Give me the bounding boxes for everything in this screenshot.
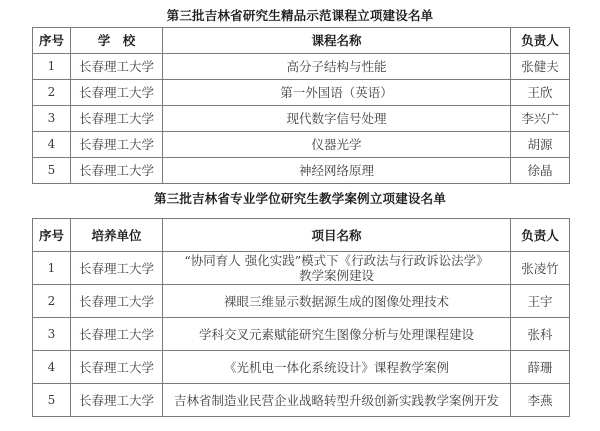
course-list-table: 序号 学 校 课程名称 负责人 1 长春理工大学 高分子结构与性能 张健夫 2 … <box>32 27 570 184</box>
row-index: 4 <box>33 351 71 384</box>
header-person: 负责人 <box>511 219 570 252</box>
row-person: 徐晶 <box>511 158 570 184</box>
row-person: 张凌竹 <box>511 252 570 285</box>
row-unit: 长春理工大学 <box>71 285 163 318</box>
row-person: 王宇 <box>511 285 570 318</box>
row-person: 李兴广 <box>511 106 570 132</box>
header-index: 序号 <box>33 28 71 54</box>
row-unit: 长春理工大学 <box>71 252 163 285</box>
header-person: 负责人 <box>511 28 570 54</box>
table-row: 4 长春理工大学 仪器光学 胡源 <box>33 132 570 158</box>
table-header-row: 序号 学 校 课程名称 负责人 <box>33 28 570 54</box>
row-index: 1 <box>33 252 71 285</box>
row-index: 3 <box>33 106 71 132</box>
row-course-name: 现代数字信号处理 <box>163 106 511 132</box>
row-index: 1 <box>33 54 71 80</box>
table2-title: 第三批吉林省专业学位研究生教学案例立项建设名单 <box>0 189 600 207</box>
table-header-row: 序号 培养单位 项目名称 负责人 <box>33 219 570 252</box>
row-index: 5 <box>33 158 71 184</box>
row-index: 5 <box>33 384 71 417</box>
project-name-line2: 教学案例建设 <box>167 268 506 283</box>
row-project-name: 学科交叉元素赋能研究生图像分析与处理课程建设 <box>163 318 511 351</box>
row-person: 胡源 <box>511 132 570 158</box>
row-course-name: 第一外国语（英语） <box>163 80 511 106</box>
project-name-line1: “协同育人 强化实践”模式下《行政法与行政诉讼法学》 <box>167 253 506 268</box>
row-person: 薛珊 <box>511 351 570 384</box>
row-unit: 长春理工大学 <box>71 384 163 417</box>
table-row: 2 长春理工大学 第一外国语（英语） 王欣 <box>33 80 570 106</box>
header-index: 序号 <box>33 219 71 252</box>
row-person: 张科 <box>511 318 570 351</box>
row-person: 张健夫 <box>511 54 570 80</box>
row-school: 长春理工大学 <box>71 80 163 106</box>
row-index: 3 <box>33 318 71 351</box>
row-project-name: 《光机电一体化系统设计》课程教学案例 <box>163 351 511 384</box>
row-course-name: 高分子结构与性能 <box>163 54 511 80</box>
row-person: 李燕 <box>511 384 570 417</box>
row-school: 长春理工大学 <box>71 132 163 158</box>
table-row: 4 长春理工大学 《光机电一体化系统设计》课程教学案例 薛珊 <box>33 351 570 384</box>
table-row: 3 长春理工大学 现代数字信号处理 李兴广 <box>33 106 570 132</box>
table-row: 2 长春理工大学 裸眼三维显示数据源生成的图像处理技术 王宇 <box>33 285 570 318</box>
row-person: 王欣 <box>511 80 570 106</box>
table-row: 5 长春理工大学 吉林省制造业民营企业战略转型升级创新实践教学案例开发 李燕 <box>33 384 570 417</box>
header-course-name: 课程名称 <box>163 28 511 54</box>
table-row: 3 长春理工大学 学科交叉元素赋能研究生图像分析与处理课程建设 张科 <box>33 318 570 351</box>
row-school: 长春理工大学 <box>71 158 163 184</box>
row-school: 长春理工大学 <box>71 54 163 80</box>
row-course-name: 仪器光学 <box>163 132 511 158</box>
row-unit: 长春理工大学 <box>71 318 163 351</box>
header-school: 学 校 <box>71 28 163 54</box>
row-unit: 长春理工大学 <box>71 351 163 384</box>
row-index: 2 <box>33 285 71 318</box>
row-school: 长春理工大学 <box>71 106 163 132</box>
header-unit: 培养单位 <box>71 219 163 252</box>
table-row: 5 长春理工大学 神经网络原理 徐晶 <box>33 158 570 184</box>
teaching-case-table: 序号 培养单位 项目名称 负责人 1 长春理工大学 “协同育人 强化实践”模式下… <box>32 218 570 417</box>
row-project-name: 裸眼三维显示数据源生成的图像处理技术 <box>163 285 511 318</box>
row-project-name: 吉林省制造业民营企业战略转型升级创新实践教学案例开发 <box>163 384 511 417</box>
row-course-name: 神经网络原理 <box>163 158 511 184</box>
table-row: 1 长春理工大学 “协同育人 强化实践”模式下《行政法与行政诉讼法学》 教学案例… <box>33 252 570 285</box>
table1-title: 第三批吉林省研究生精品示范课程立项建设名单 <box>0 6 600 24</box>
row-index: 4 <box>33 132 71 158</box>
table-row: 1 长春理工大学 高分子结构与性能 张健夫 <box>33 54 570 80</box>
row-index: 2 <box>33 80 71 106</box>
header-project-name: 项目名称 <box>163 219 511 252</box>
row-project-name: “协同育人 强化实践”模式下《行政法与行政诉讼法学》 教学案例建设 <box>163 252 511 285</box>
